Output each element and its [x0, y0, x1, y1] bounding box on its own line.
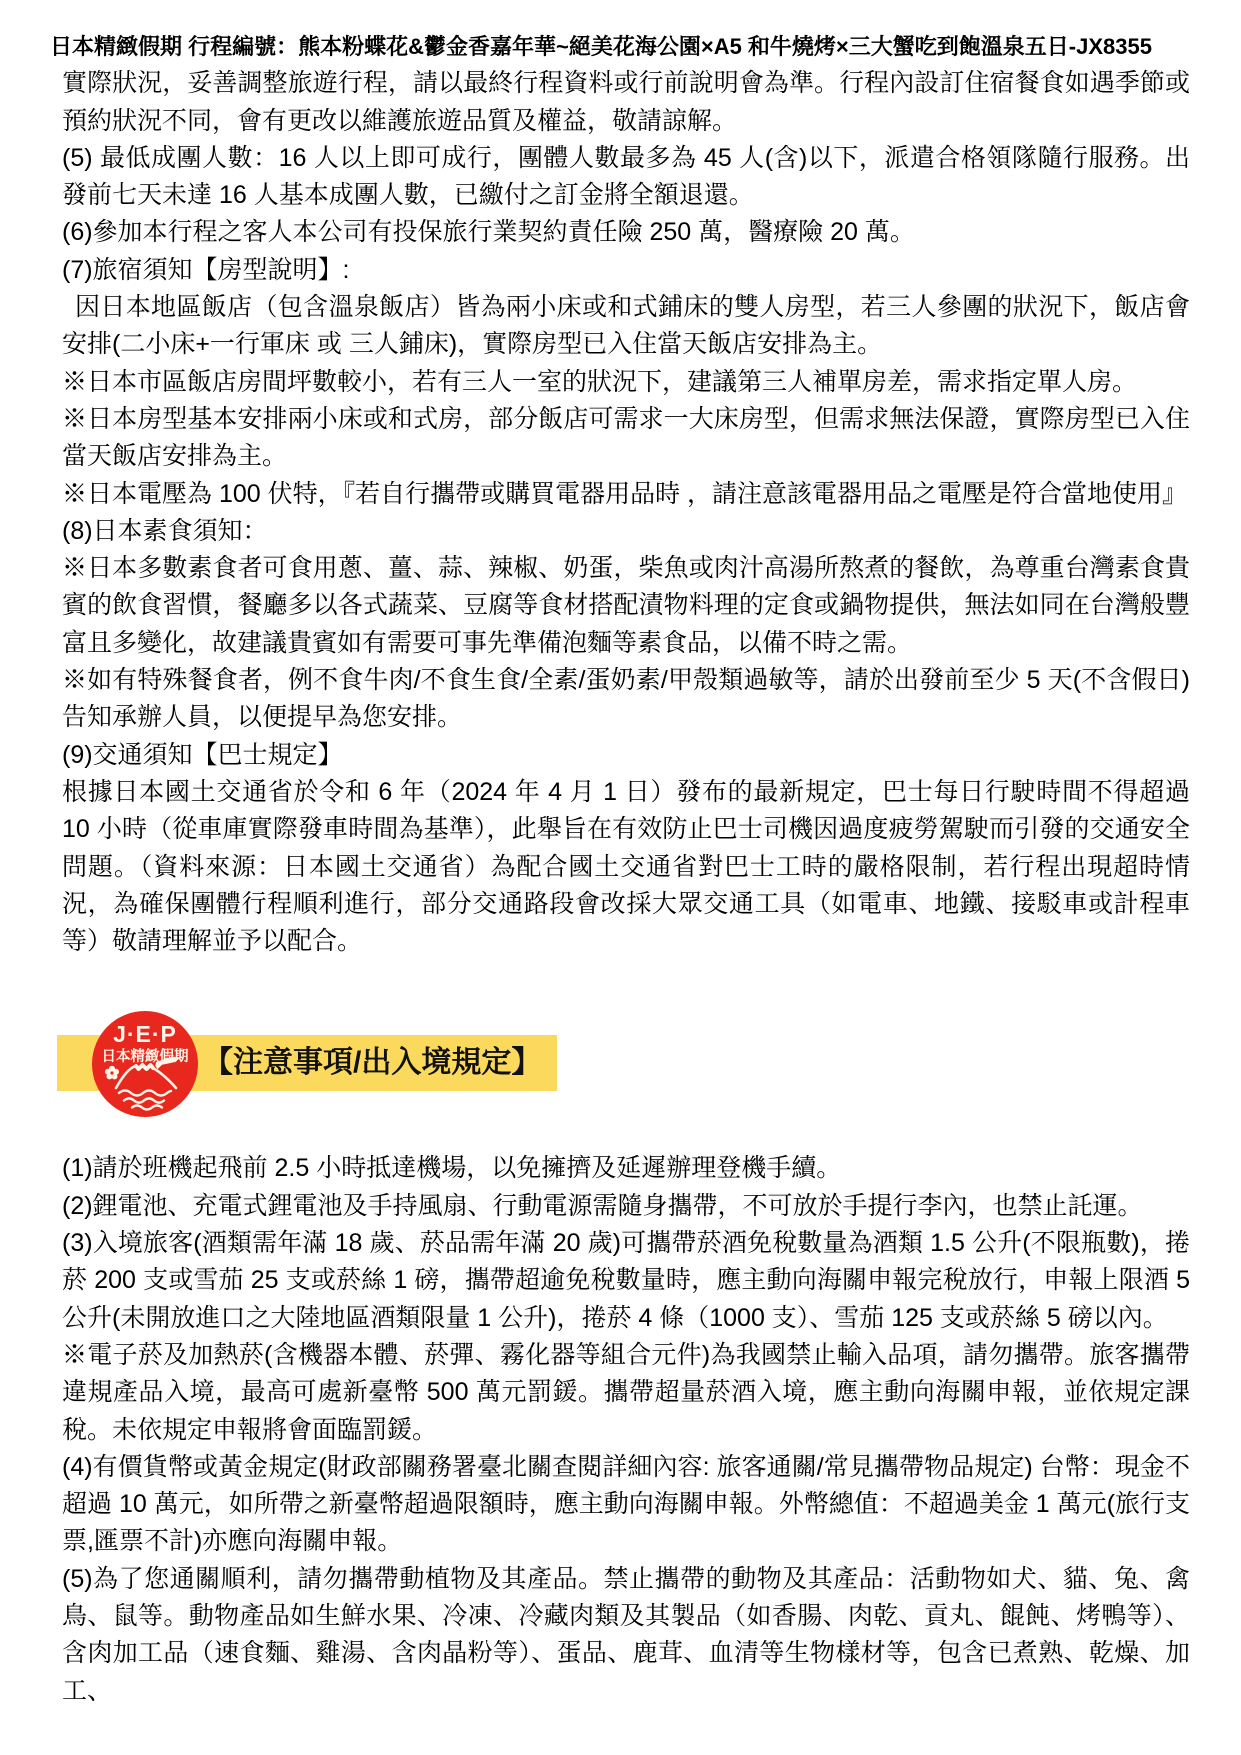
customs-paragraph: (3)入境旅客(酒類需年滿 18 歲、菸品需年滿 20 歲)可攜帶菸酒免稅數量為… [62, 1225, 1190, 1337]
notes-paragraph: ※日本電壓為 100 伏特，『若自行攜帶或購買電器用品時 ，請注意該電器用品之電… [62, 476, 1190, 513]
document-page: 日本精緻假期 行程編號：熊本粉蝶花&鬱金香嘉年華~絕美花海公園×A5 和牛燒烤×… [0, 0, 1241, 1710]
notes-paragraph: (9)交通須知【巴士規定】 [62, 737, 1190, 774]
document-title: 日本精緻假期 行程編號：熊本粉蝶花&鬱金香嘉年華~絕美花海公園×A5 和牛燒烤×… [50, 28, 1190, 65]
notes-paragraph: ※日本市區飯店房間坪數較小，若有三人一室的狀況下，建議第三人補單房差，需求指定單… [62, 364, 1190, 401]
notes-paragraph: 根據日本國土交通省於令和 6 年（2024 年 4 月 1 日）發布的最新規定，… [62, 774, 1190, 960]
notes-paragraph: ※日本多數素食者可食用蔥、薑、蒜、辣椒、奶蛋，柴魚或肉汁高湯所熬煮的餐飲，為尊重… [62, 550, 1190, 662]
customs-paragraph: ※電子菸及加熱菸(含機器本體、菸彈、霧化器等組合元件)為我國禁止輸入品項，請勿攜… [62, 1337, 1190, 1449]
logo-name: 日本精緻假期 [102, 1047, 189, 1065]
notes-paragraph: (7)旅宿須知【房型說明】: [62, 252, 1190, 289]
notes-paragraph: ※如有特殊餐食者，例不食牛肉/不食生食/全素/蛋奶素/甲殼類過敏等，請於出發前至… [62, 662, 1190, 737]
notes-paragraph: (5) 最低成團人數：16 人以上即可成行，團體人數最多為 45 人(含)以下，… [62, 140, 1190, 215]
jep-logo: J·E·P 日本精緻假期 [92, 1011, 198, 1117]
notes-paragraph: (8)日本素食須知： [62, 513, 1190, 550]
notes-paragraph: ※日本房型基本安排兩小床或和式房，部分飯店可需求一大床房型，但需求無法保證，實際… [62, 401, 1190, 476]
notes-paragraph: 因日本地區飯店（包含溫泉飯店）皆為兩小床或和式鋪床的雙人房型，若三人參團的狀況下… [62, 289, 1190, 364]
section-banner: 【注意事項/出入境規定】 J·E·P 日本精緻假期 [0, 1011, 1241, 1117]
notes-paragraph: (6)參加本行程之客人本公司有投保旅行業契約責任險 250 萬，醫療險 20 萬… [62, 214, 1190, 251]
customs-paragraph: (5)為了您通關順利，請勿攜帶動植物及其產品。禁止攜帶的動物及其產品：活動物如犬… [62, 1561, 1190, 1710]
notes-paragraph: 實際狀況，妥善調整旅遊行程，請以最終行程資料或行前說明會為準。行程內設訂住宿餐食… [62, 65, 1190, 140]
customs-section: (1)請於班機起飛前 2.5 小時抵達機場，以免擁擠及延遲辦理登機手續。 (2)… [62, 1150, 1190, 1709]
logo-initials: J·E·P [113, 1021, 177, 1047]
notes-section: 實際狀況，妥善調整旅遊行程，請以最終行程資料或行前說明會為準。行程內設訂住宿餐食… [62, 65, 1190, 960]
customs-paragraph: (4)有價貨幣或黃金規定(財政部關務署臺北關查閱詳細內容: 旅客通關/常見攜帶物… [62, 1449, 1190, 1561]
customs-paragraph: (2)鋰電池、充電式鋰電池及手持風扇、行動電源需隨身攜帶，不可放於手提行李內，也… [62, 1188, 1190, 1225]
banner-title: 【注意事項/出入境規定】 [203, 1035, 541, 1091]
customs-paragraph: (1)請於班機起飛前 2.5 小時抵達機場，以免擁擠及延遲辦理登機手續。 [62, 1150, 1190, 1187]
